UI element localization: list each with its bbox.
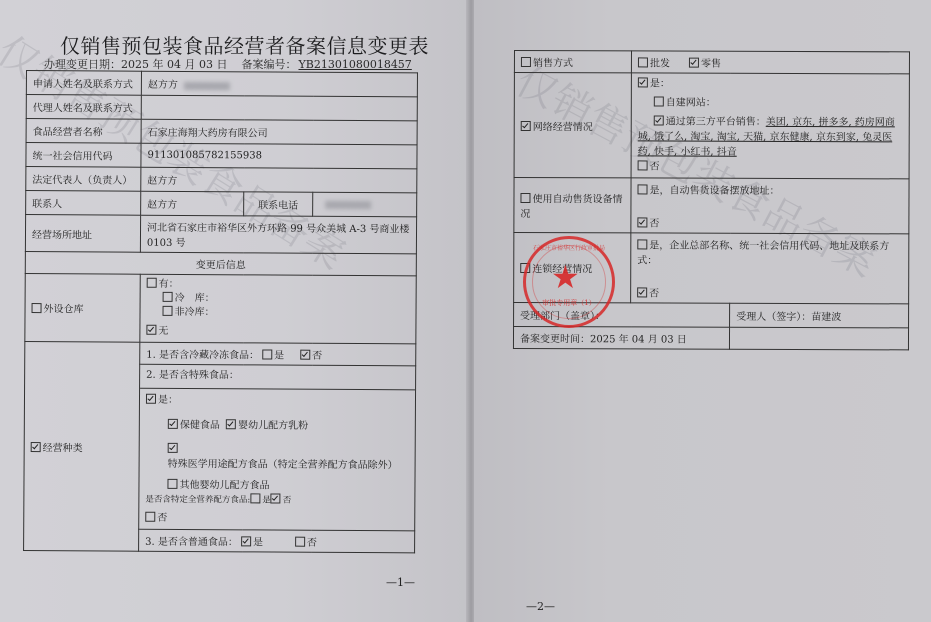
retail-label: 零售: [701, 59, 721, 70]
chain-label: 连锁经营情况: [532, 264, 592, 275]
wholesale-label: 批发: [650, 58, 670, 69]
empty-cell: [730, 327, 909, 350]
registration-number-label: 备案编号：: [241, 58, 296, 71]
operator-name-value: 石家庄海翔大药房有限公司: [141, 119, 417, 145]
online-yes-label: 是：: [650, 78, 670, 89]
sales-method-checkbox[interactable]: [521, 57, 531, 67]
sales-method-label-cell: 销售方式: [514, 51, 631, 73]
q2-no-label: 否: [157, 513, 167, 524]
info-table-page-2: 销售方式 批发 零售 网络经营情况 是： 自建网站： 通过第三方平台销售：美团,…: [513, 50, 910, 350]
warehouse-none-checkbox[interactable]: [146, 325, 156, 335]
vending-yes-label: 是，自动售货设备摆放地址：: [649, 185, 779, 196]
online-no-label: 否: [650, 161, 660, 172]
applicant-name: 赵方方: [148, 80, 178, 91]
page-number-2: —2—: [526, 600, 555, 613]
phone-label: 联系电话: [244, 192, 313, 216]
special-medical-checkbox[interactable]: [168, 443, 178, 453]
q1-no-checkbox[interactable]: [300, 350, 310, 360]
q2-label: 2. 是否含特殊食品：: [146, 368, 409, 385]
chain-options: 是，企业总部名称、统一社会信用代码、地址及联系方式： 否: [631, 233, 909, 304]
vending-options: 是，自动售货设备摆放地址： 否: [631, 178, 909, 234]
q3-cell: 3. 是否含普通食品： 是 否: [139, 529, 415, 553]
address-value: 河北省石家庄市裕华区外方环路 99 号众美城 A-3 号商业楼 0103 号: [140, 215, 416, 254]
full-nutrition-no-checkbox[interactable]: [271, 494, 281, 504]
chain-no-label: 否: [649, 288, 659, 299]
address-label: 经营场所地址: [25, 215, 140, 253]
legal-rep-value: 赵方方: [141, 167, 417, 193]
chain-checkbox[interactable]: [520, 263, 530, 273]
contact-value: 赵方方: [141, 191, 244, 216]
full-nutrition-no-label: 否: [283, 496, 292, 506]
change-time-value: 2025 年 04 月 03 日: [590, 334, 687, 345]
categories-checkbox[interactable]: [31, 442, 41, 452]
redacted-phone: [184, 81, 230, 89]
infant-formula-checkbox[interactable]: [226, 419, 236, 429]
health-food-label: 保健食品: [180, 420, 220, 431]
warehouse-none-label: 无: [158, 326, 168, 337]
change-time-cell: 备案变更时间：2025 年 04 月 03 日: [513, 327, 729, 350]
categories-label-cell: 经营种类: [24, 341, 140, 551]
q1-label: 1. 是否含冷藏冷冻食品：: [146, 350, 259, 362]
page-number-1: —1—: [386, 576, 415, 589]
change-date-value: 2025 年 04 月 03 日: [121, 58, 227, 71]
chain-yes-label: 是，企业总部名称、统一社会信用代码、地址及联系方式：: [637, 240, 889, 266]
phone-value: [313, 192, 417, 217]
q3-no-label: 否: [307, 538, 317, 549]
cold-storage-label: 冷 库：: [175, 293, 215, 304]
online-label: 网络经营情况: [533, 122, 593, 133]
other-infant-checkbox[interactable]: [167, 479, 177, 489]
document-page-1: 仅销售预包装食品备案 仅销售预包装食品经营者备案信息变更表 办理变更日期：202…: [0, 0, 470, 622]
warehouse-checkbox[interactable]: [32, 303, 42, 313]
sales-method-label: 销售方式: [533, 58, 573, 69]
q2-cell: 2. 是否含特殊食品： 是： 保健食品 婴幼儿配方乳粉 特殊医学用途配方食品（特…: [139, 364, 416, 531]
q3-yes-label: 是: [253, 537, 263, 548]
q1-yes-label: 是: [274, 351, 284, 362]
credit-code-value: 911301085782155938: [141, 143, 417, 169]
applicant-value: 赵方方: [141, 71, 417, 97]
own-site-label: 自建网站：: [666, 98, 716, 109]
online-checkbox[interactable]: [521, 121, 531, 131]
legal-rep-label: 法定代表人（负责人）: [26, 167, 141, 192]
operator-name-label: 食品经营者名称: [26, 119, 141, 144]
q1-no-label: 否: [312, 351, 322, 362]
document-page-2: 仅销售预包装食品备案 销售方式 批发 零售 网络经营情况 是： 自建网站： 通过…: [474, 0, 931, 622]
online-yes-checkbox[interactable]: [638, 77, 648, 87]
changed-info-header: 变更后信息: [25, 251, 416, 275]
vending-no-label: 否: [649, 218, 659, 229]
categories-label: 经营种类: [43, 443, 83, 454]
chain-label-cell: 连锁经营情况: [514, 233, 631, 303]
registration-number-value: YB21301080018457: [298, 58, 411, 71]
warehouse-has-checkbox[interactable]: [147, 278, 157, 288]
vending-label: 使用自动售货设备情况: [520, 194, 622, 220]
vending-no-checkbox[interactable]: [637, 217, 647, 227]
handler-name: 苗建波: [811, 312, 841, 323]
online-label-cell: 网络经营情况: [514, 73, 631, 178]
full-nutrition-yes-label: 是: [262, 495, 271, 505]
vending-yes-checkbox[interactable]: [637, 184, 647, 194]
retail-checkbox[interactable]: [689, 58, 699, 68]
q3-no-checkbox[interactable]: [295, 537, 305, 547]
contact-label: 联系人: [26, 191, 141, 216]
q3-yes-checkbox[interactable]: [241, 536, 251, 546]
warehouse-options: 有： 冷 库： 非冷库： 无: [140, 274, 416, 344]
warehouse-has-label: 有：: [159, 279, 179, 290]
chain-no-checkbox[interactable]: [637, 287, 647, 297]
warehouse-label-cell: 外设仓库: [25, 273, 140, 342]
infant-formula-label: 婴幼儿配方乳粉: [238, 420, 308, 431]
agent-label: 代理人姓名及联系方式: [26, 95, 141, 120]
full-nutrition-question: 是否含特定全营养配方食品:: [145, 495, 250, 506]
third-party-checkbox[interactable]: [654, 115, 664, 125]
other-infant-label: 其他婴幼儿配方食品: [179, 480, 269, 492]
dept-cell: 受理部门（盖章）：: [514, 303, 730, 328]
agent-value: [141, 95, 417, 121]
q1-yes-checkbox[interactable]: [262, 349, 272, 359]
credit-code-label: 统一社会信用代码: [26, 143, 141, 168]
handler-label: 受理人（签字）：: [736, 312, 811, 323]
page-title: 仅销售预包装食品经营者备案信息变更表: [60, 30, 429, 59]
health-food-checkbox[interactable]: [168, 419, 178, 429]
redacted-phone: [325, 200, 371, 208]
vending-label-cell: 使用自动售货设备情况: [514, 178, 631, 233]
q1-cell: 1. 是否含冷藏冷冻食品： 是 否: [140, 342, 416, 366]
q2-yes-label: 是：: [158, 395, 178, 406]
sales-method-options: 批发 零售: [631, 51, 909, 74]
q3-label: 3. 是否含普通食品：: [145, 537, 238, 549]
noncold-storage-label: 非冷库：: [174, 307, 214, 318]
online-no-checkbox[interactable]: [638, 160, 648, 170]
full-nutrition-yes-checkbox[interactable]: [250, 493, 260, 503]
q2-no-checkbox[interactable]: [145, 512, 155, 522]
noncold-storage-checkbox[interactable]: [163, 306, 173, 316]
change-date-label: 办理变更日期：: [44, 58, 121, 71]
chain-yes-checkbox[interactable]: [637, 239, 647, 249]
info-table-page-1: 申请人姓名及联系方式 赵方方 代理人姓名及联系方式 食品经营者名称 石家庄海翔大…: [23, 70, 418, 553]
third-party-label: 通过第三方平台销售：: [666, 117, 766, 128]
special-medical-label: 特殊医学用途配方食品（特定全营养配方食品除外）: [168, 459, 398, 471]
online-options: 是： 自建网站： 通过第三方平台销售：美团, 京东, 拼多多, 药房网商城, 饿…: [631, 73, 909, 179]
cold-storage-checkbox[interactable]: [163, 292, 173, 302]
own-site-checkbox[interactable]: [654, 96, 664, 106]
handler-cell: 受理人（签字）：苗建波: [730, 303, 909, 328]
warehouse-label: 外设仓库: [44, 304, 84, 315]
wholesale-checkbox[interactable]: [638, 57, 648, 67]
vending-checkbox[interactable]: [520, 193, 530, 203]
applicant-label: 申请人姓名及联系方式: [26, 71, 141, 96]
q2-yes-checkbox[interactable]: [146, 394, 156, 404]
change-time-label: 备案变更时间：: [520, 334, 590, 345]
